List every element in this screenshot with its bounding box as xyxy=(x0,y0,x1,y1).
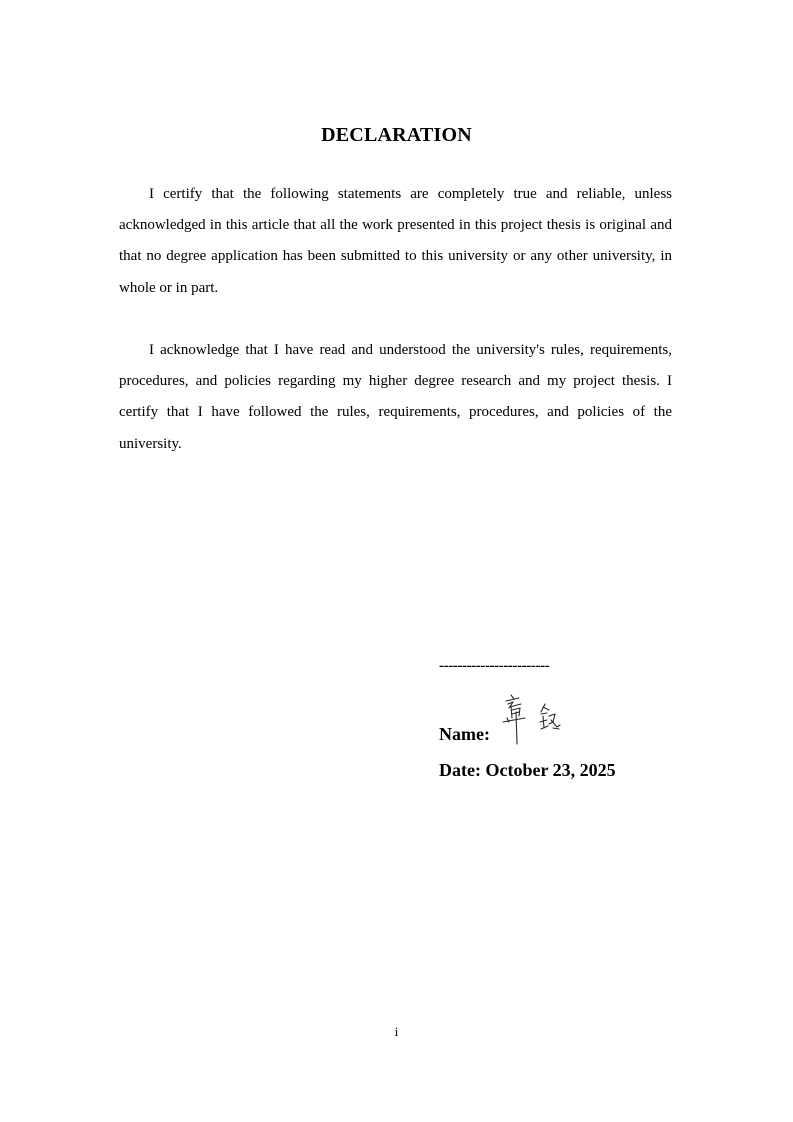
handwritten-signature-icon xyxy=(497,692,567,748)
date-line: Date: October 23, 2025 xyxy=(439,760,616,781)
page-number: i xyxy=(0,1024,793,1040)
declaration-paragraph-1: I certify that the following statements … xyxy=(119,179,672,304)
name-label: Name: xyxy=(439,724,490,745)
paragraph-text: I certify that the following statements … xyxy=(119,186,672,296)
paragraph-text: I acknowledge that I have read and under… xyxy=(119,342,672,452)
signature-line: ------------------------ xyxy=(439,658,549,675)
declaration-paragraph-2: I acknowledge that I have read and under… xyxy=(119,335,672,460)
document-page: DECLARATION I certify that the following… xyxy=(0,0,793,1122)
page-title: DECLARATION xyxy=(0,124,793,147)
